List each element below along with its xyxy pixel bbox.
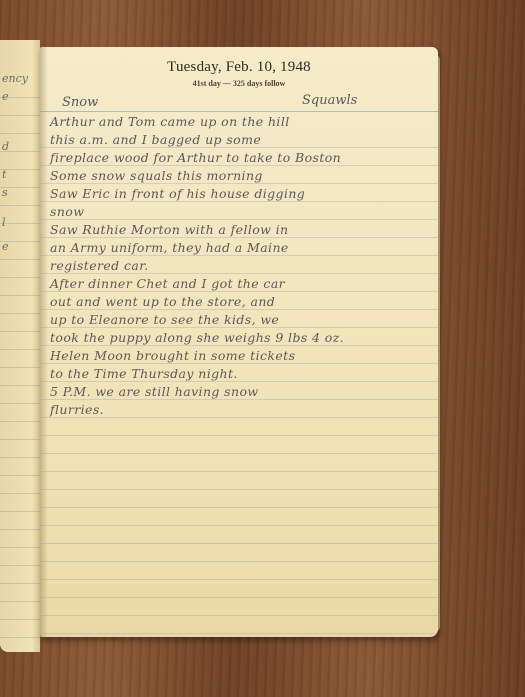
entry-line: snow bbox=[50, 204, 430, 219]
weather-note-left: Snow bbox=[62, 95, 98, 110]
entry-line: Arthur and Tom came up on the hill bbox=[50, 114, 430, 129]
diary-page: Tuesday, Feb. 10, 1948 41st day — 325 da… bbox=[40, 47, 438, 637]
entry-line: registered car. bbox=[50, 258, 430, 273]
left-page-ruled-lines bbox=[0, 80, 40, 652]
entry-line: up to Eleanore to see the kids, we bbox=[50, 312, 430, 327]
entry-line: After dinner Chet and I got the car bbox=[50, 276, 430, 291]
day-count: 41st day — 325 days follow bbox=[40, 79, 438, 88]
entry-line: flurries. bbox=[50, 402, 430, 417]
entry-line: fireplace wood for Arthur to take to Bos… bbox=[50, 150, 430, 165]
left-page-fragment: e bbox=[2, 90, 9, 103]
entry-line: out and went up to the store, and bbox=[50, 294, 430, 309]
entry-line: Saw Eric in front of his house digging bbox=[50, 186, 430, 201]
entry-line: Helen Moon brought in some tickets bbox=[50, 348, 430, 363]
left-page-fragment: d bbox=[2, 140, 9, 153]
header-rule bbox=[40, 111, 438, 112]
entry-line: Saw Ruthie Morton with a fellow in bbox=[50, 222, 430, 237]
entry-line: 5 P.M. we are still having snow bbox=[50, 384, 430, 399]
entry-line: Some snow squals this morning bbox=[50, 168, 430, 183]
entry-line: took the puppy along she weighs 9 lbs 4 … bbox=[50, 330, 430, 345]
left-page-fragment: t bbox=[2, 168, 6, 181]
entry-line: this a.m. and I bagged up some bbox=[50, 132, 430, 147]
left-page-fragment: s bbox=[2, 186, 8, 199]
entry-line: to the Time Thursday night. bbox=[50, 366, 430, 381]
weather-note-right: Squawls bbox=[302, 93, 357, 108]
left-page-fragment: ency bbox=[2, 72, 28, 85]
left-page-fragment: l bbox=[2, 216, 6, 229]
left-page-fragment: e bbox=[2, 240, 9, 253]
date-heading: Tuesday, Feb. 10, 1948 bbox=[40, 59, 438, 76]
left-facing-page: ency e d t s l e bbox=[0, 40, 40, 652]
entry-line: an Army uniform, they had a Maine bbox=[50, 240, 430, 255]
